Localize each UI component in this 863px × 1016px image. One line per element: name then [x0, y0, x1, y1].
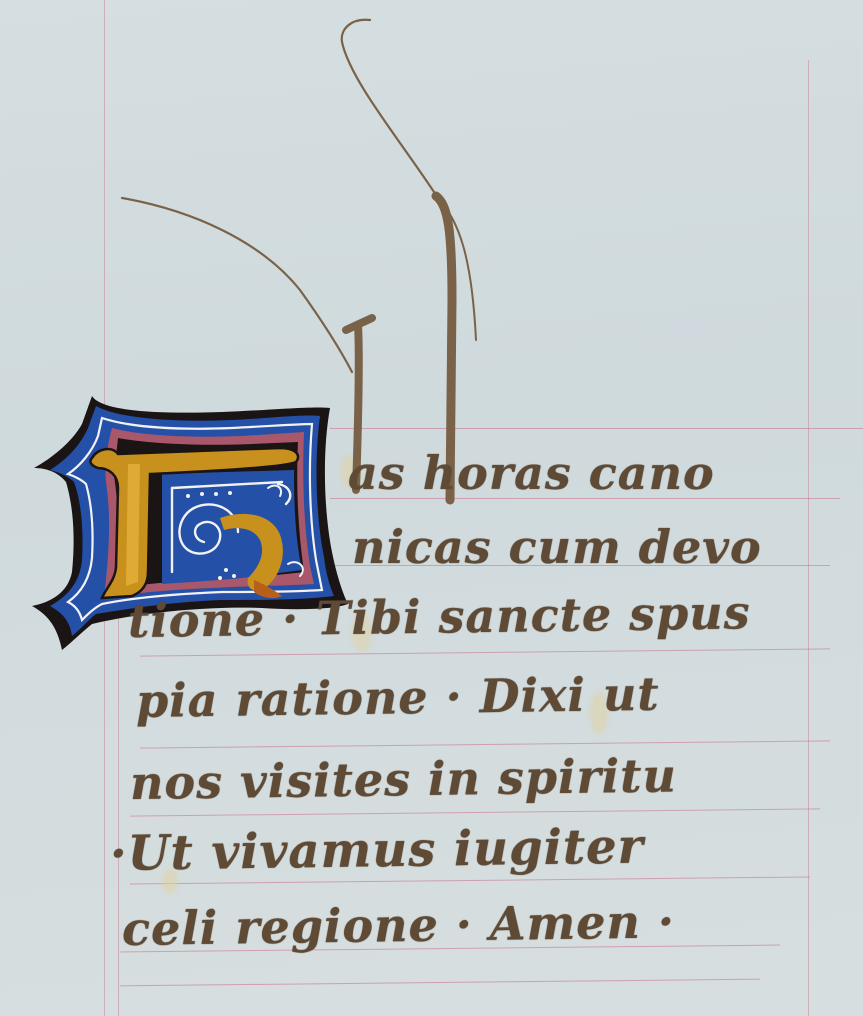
text-line-1: as horas cano [348, 446, 715, 500]
text-line-3: tione · Tibi sancte spus [128, 585, 751, 648]
manuscript-page: as horas cano nicas cum devo tione · Tib… [0, 0, 863, 1016]
text-block: as horas cano nicas cum devo tione · Tib… [0, 0, 863, 1016]
text-line-7: celi regione · Amen · [122, 894, 676, 956]
text-line-5: nos visites in spiritu [130, 748, 678, 810]
text-line-2: nicas cum devo [352, 520, 762, 574]
text-line-6: ·Ut vivamus iugiter [110, 819, 645, 882]
text-line-4: pia ratione · Dixi ut [136, 667, 660, 728]
